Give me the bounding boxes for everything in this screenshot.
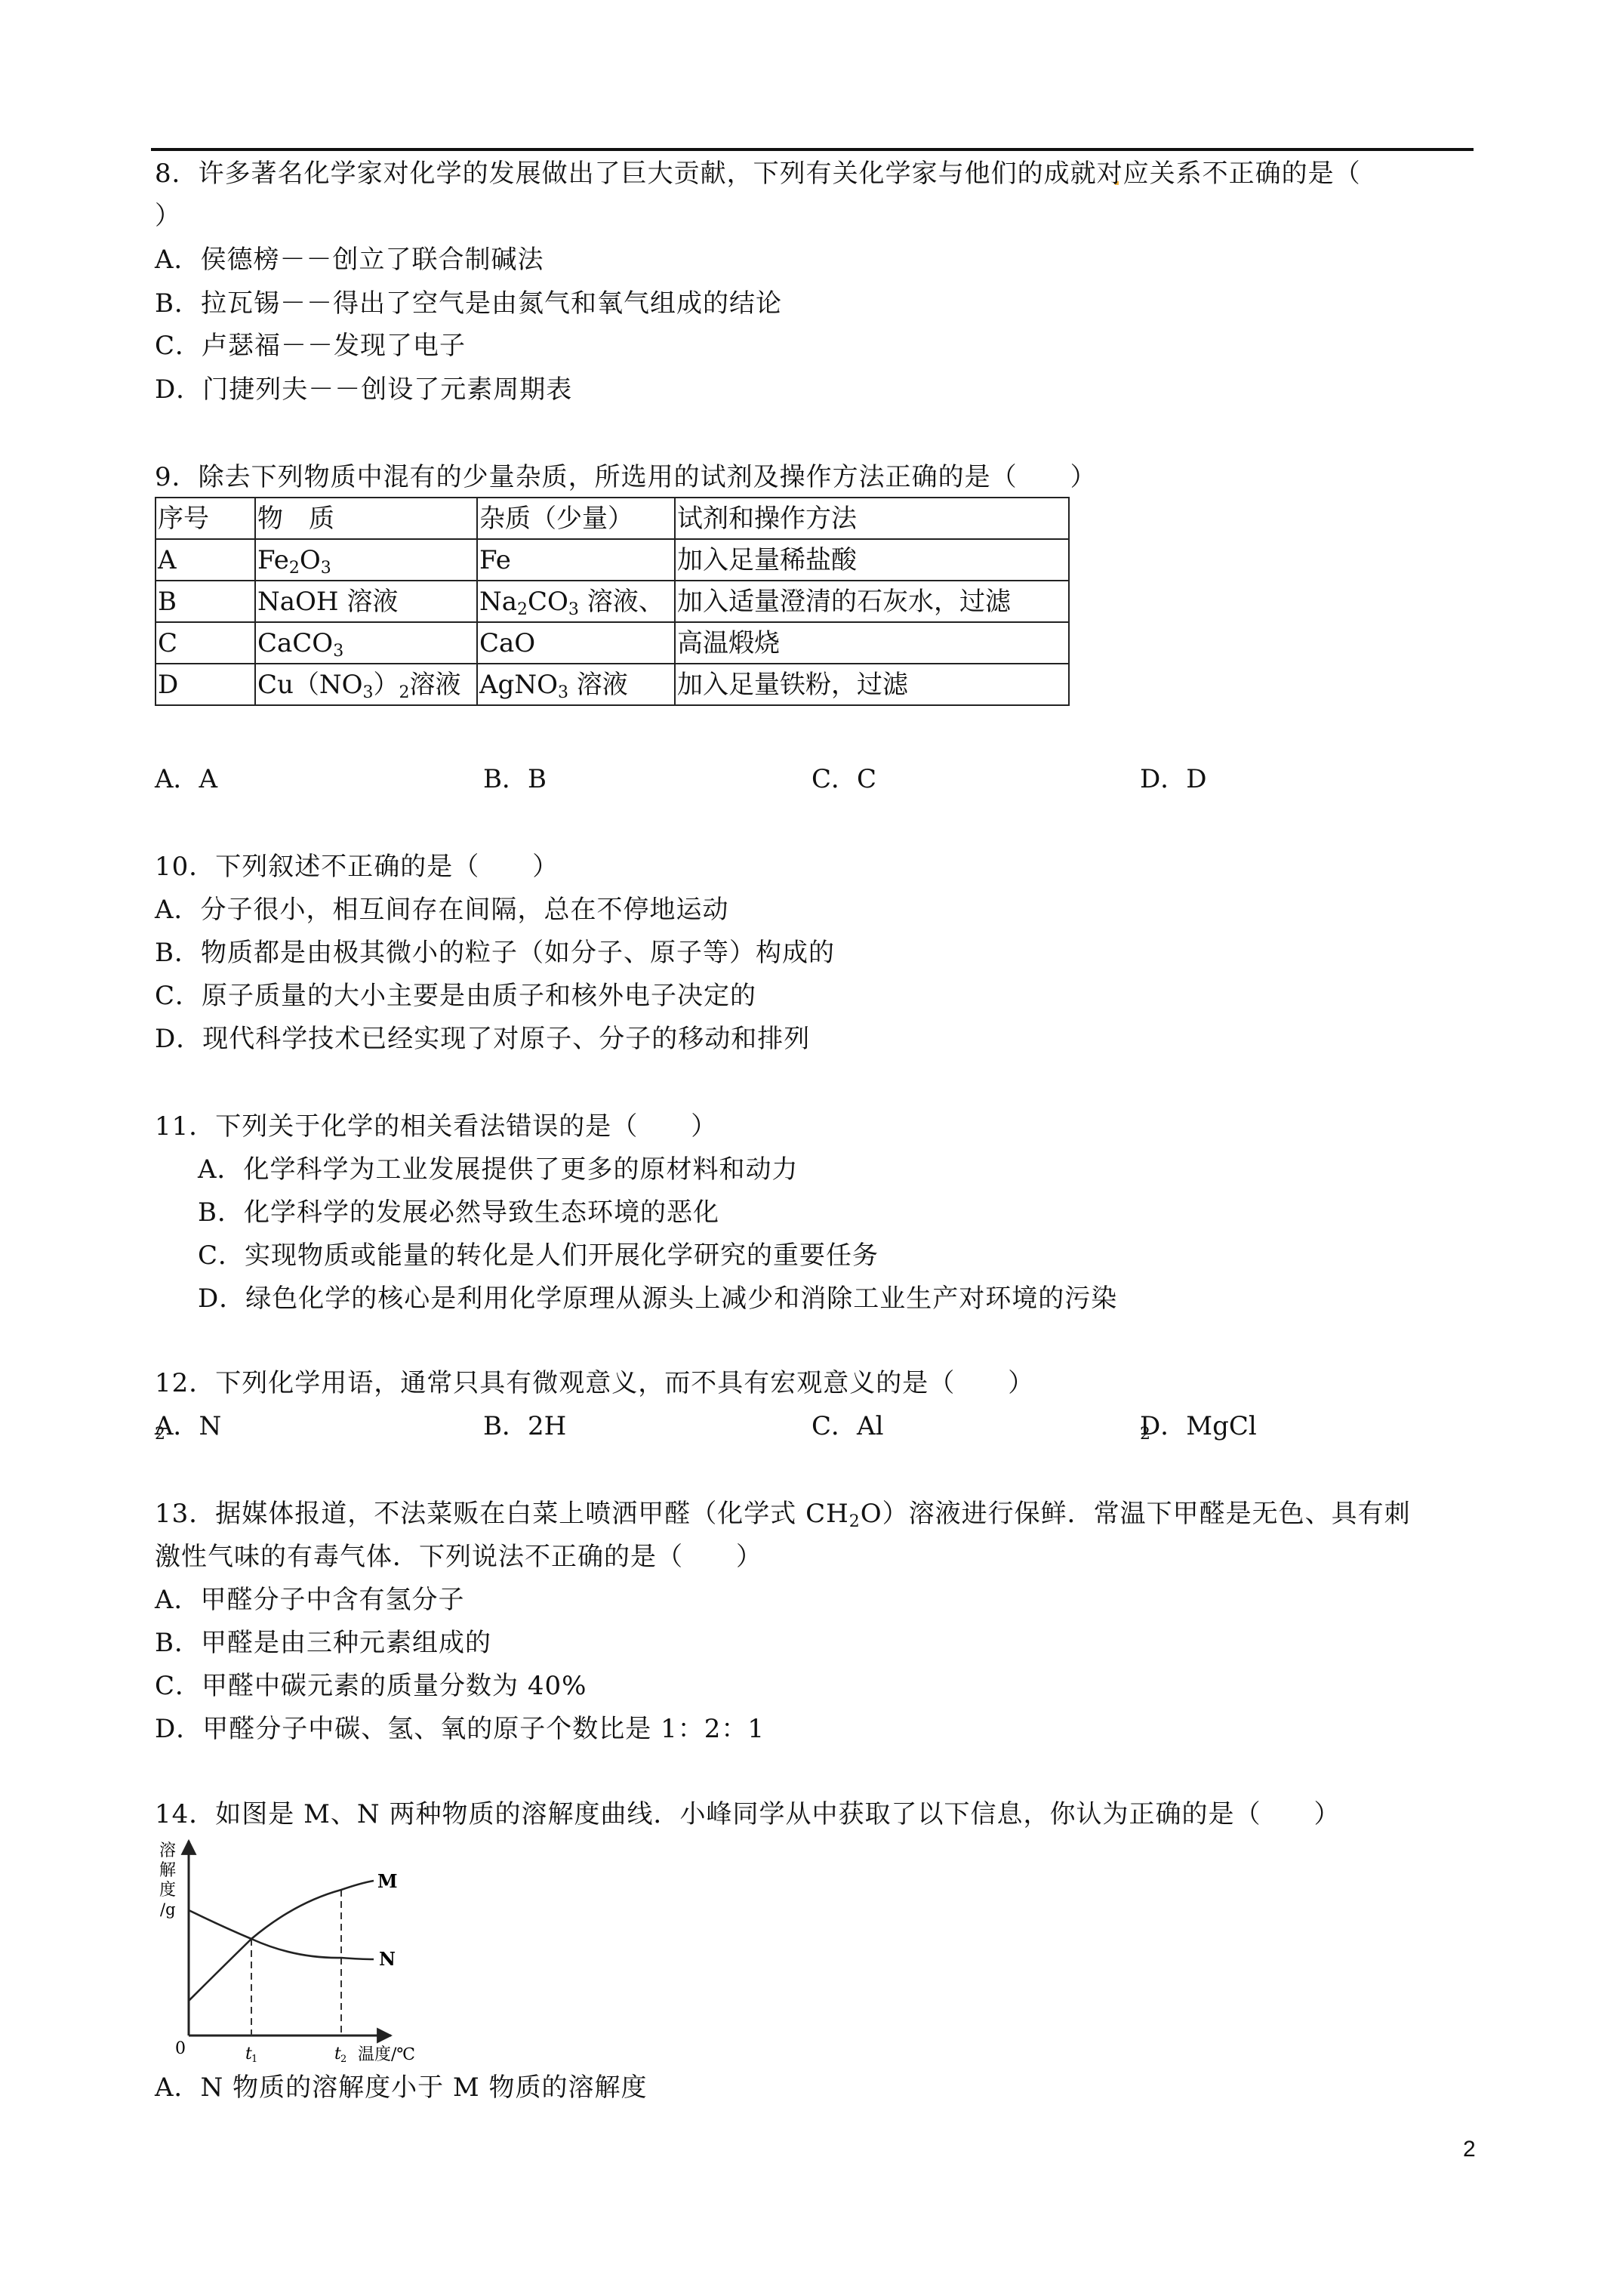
ylabel-char: 度 [159,1881,176,1900]
q8-option-d: D．门捷列夫－－创设了元素周期表 [155,374,572,405]
origin-label: 0 [175,2039,186,2058]
series-label-m: M [377,1870,398,1892]
q11-option-a: A．化学科学为工业发展提供了更多的原材料和动力 [198,1154,799,1185]
q10-option-a: A．分子很小，相互间存在间隔，总在不停地运动 [155,895,729,925]
page-number: 2 [1463,2137,1476,2162]
method-cell: 高温煅烧 [675,622,1069,664]
header-cell: 试剂和操作方法 [675,498,1069,539]
row-id: D [156,664,255,705]
q13-stem-line1: 13．据媒体报道，不法菜贩在白菜上喷洒甲醛（化学式 CH2O）溶液进行保鲜．常温… [155,1499,1411,1529]
header-cell: 物 质 [255,498,477,539]
q12-option-b: B．2H [483,1411,566,1441]
row-id: A [156,539,255,581]
q10-option-c: C．原子质量的大小主要是由质子和核外电子决定的 [155,981,756,1011]
q13-stem-line2: 激性气味的有毒气体．下列说法不正确的是（ ） [155,1542,762,1572]
q13-option-a: A．甲醛分子中含有氢分子 [155,1585,465,1615]
substance-cell: CaCO3 [255,622,477,664]
solubility-chart: 溶 解 度 /g 0 t 1 t 2 温度/℃ M N [151,1827,468,2069]
q10-option-d: D．现代科学技术已经实现了对原子、分子的移动和排列 [155,1024,810,1054]
q8-option-a: A．侯德榜－－创立了联合制碱法 [155,245,544,275]
method-cell: 加入足量稀盐酸 [675,539,1069,581]
row-id: B [156,581,255,622]
header-cell: 序号 [156,498,255,539]
q12-option-c: C．Al [811,1411,883,1441]
q13-option-d: D．甲醛分子中碳、氢、氧的原子个数比是 1：2：1 [155,1714,765,1744]
q12-option-a: A．N2 [155,1411,165,1441]
q10-stem: 10．下列叙述不正确的是（ ） [155,852,559,882]
series-label-n: N [379,1948,396,1970]
curve-m [189,1881,374,2001]
q9-option-c: C．C [811,764,876,794]
substance-cell: Fe2O3 [255,539,477,581]
impurity-cell: AgNO3 溶液 [477,664,675,705]
svg-text:2: 2 [340,2054,346,2065]
table-row: C CaCO3 CaO 高温煅烧 [156,622,1069,664]
substance-cell: Cu（NO3）2溶液 [255,664,477,705]
q12-stem: 12．下列化学用语，通常只具有微观意义，而不具有宏观意义的是（ ） [155,1368,1034,1398]
q9-stem: 9．除去下列物质中混有的少量杂质，所选用的试剂及操作方法正确的是（ ） [155,462,1097,492]
q8-option-b: B．拉瓦锡－－得出了空气是由氮气和氧气组成的结论 [155,288,782,319]
method-cell: 加入适量澄清的石灰水，过滤 [675,581,1069,622]
q13-option-c: C．甲醛中碳元素的质量分数为 40% [155,1671,587,1701]
q9-option-d: D．D [1140,764,1207,794]
q10-option-b: B．物质都是由极其微小的粒子（如分子、原子等）构成的 [155,938,835,968]
impurity-cell: CaO [477,622,675,664]
q11-stem: 11．下列关于化学的相关看法错误的是（ ） [155,1111,717,1142]
q13-option-b: B．甲醛是由三种元素组成的 [155,1628,491,1658]
ylabel-unit: /g [160,1900,176,1918]
method-cell: 加入足量铁粉，过滤 [675,664,1069,705]
q12-option-d: D．MgCl2 [1140,1411,1150,1441]
impurity-cell: Na2CO3 溶液、 [477,581,675,622]
row-id: C [156,622,255,664]
q8-stem: 8．许多著名化学家对化学的发展做出了巨大贡献，下列有关化学家与他们的成就对应关系… [155,159,1361,189]
substance-cell: NaOH 溶液 [255,581,477,622]
q8-option-c: C．卢瑟福－－发现了电子 [155,331,466,361]
q9-table: 序号 物 质 杂质（少量） 试剂和操作方法 A Fe2O3 Fe 加入足量稀盐酸… [155,497,1070,706]
ylabel-char: 溶 [159,1841,176,1860]
q9-option-b: B．B [483,764,547,794]
q11-option-b: B．化学科学的发展必然导致生态环境的恶化 [198,1197,719,1228]
header-rule [151,148,1474,151]
table-row: A Fe2O3 Fe 加入足量稀盐酸 [156,539,1069,581]
q9-option-a: A．A [155,764,217,794]
xlabel: 温度/℃ [358,2045,415,2064]
svg-text:1: 1 [251,2054,257,2065]
ylabel-char: 解 [159,1861,176,1880]
header-cell: 杂质（少量） [477,498,675,539]
table-row: B NaOH 溶液 Na2CO3 溶液、 加入适量澄清的石灰水，过滤 [156,581,1069,622]
q11-option-c: C．实现物质或能量的转化是人们开展化学研究的重要任务 [198,1240,879,1271]
q8-stem-close: ） [155,201,181,231]
impurity-cell: Fe [477,539,675,581]
q11-option-d: D．绿色化学的核心是利用化学原理从源头上减少和消除工业生产对环境的污染 [198,1284,1117,1314]
table-header-row: 序号 物 质 杂质（少量） 试剂和操作方法 [156,498,1069,539]
q14-option-a: A．N 物质的溶解度小于 M 物质的溶解度 [155,2073,648,2103]
table-row: D Cu（NO3）2溶液 AgNO3 溶液 加入足量铁粉，过滤 [156,664,1069,705]
q14-stem: 14．如图是 M、N 两种物质的溶解度曲线．小峰同学从中获取了以下信息，你认为正… [155,1799,1340,1829]
